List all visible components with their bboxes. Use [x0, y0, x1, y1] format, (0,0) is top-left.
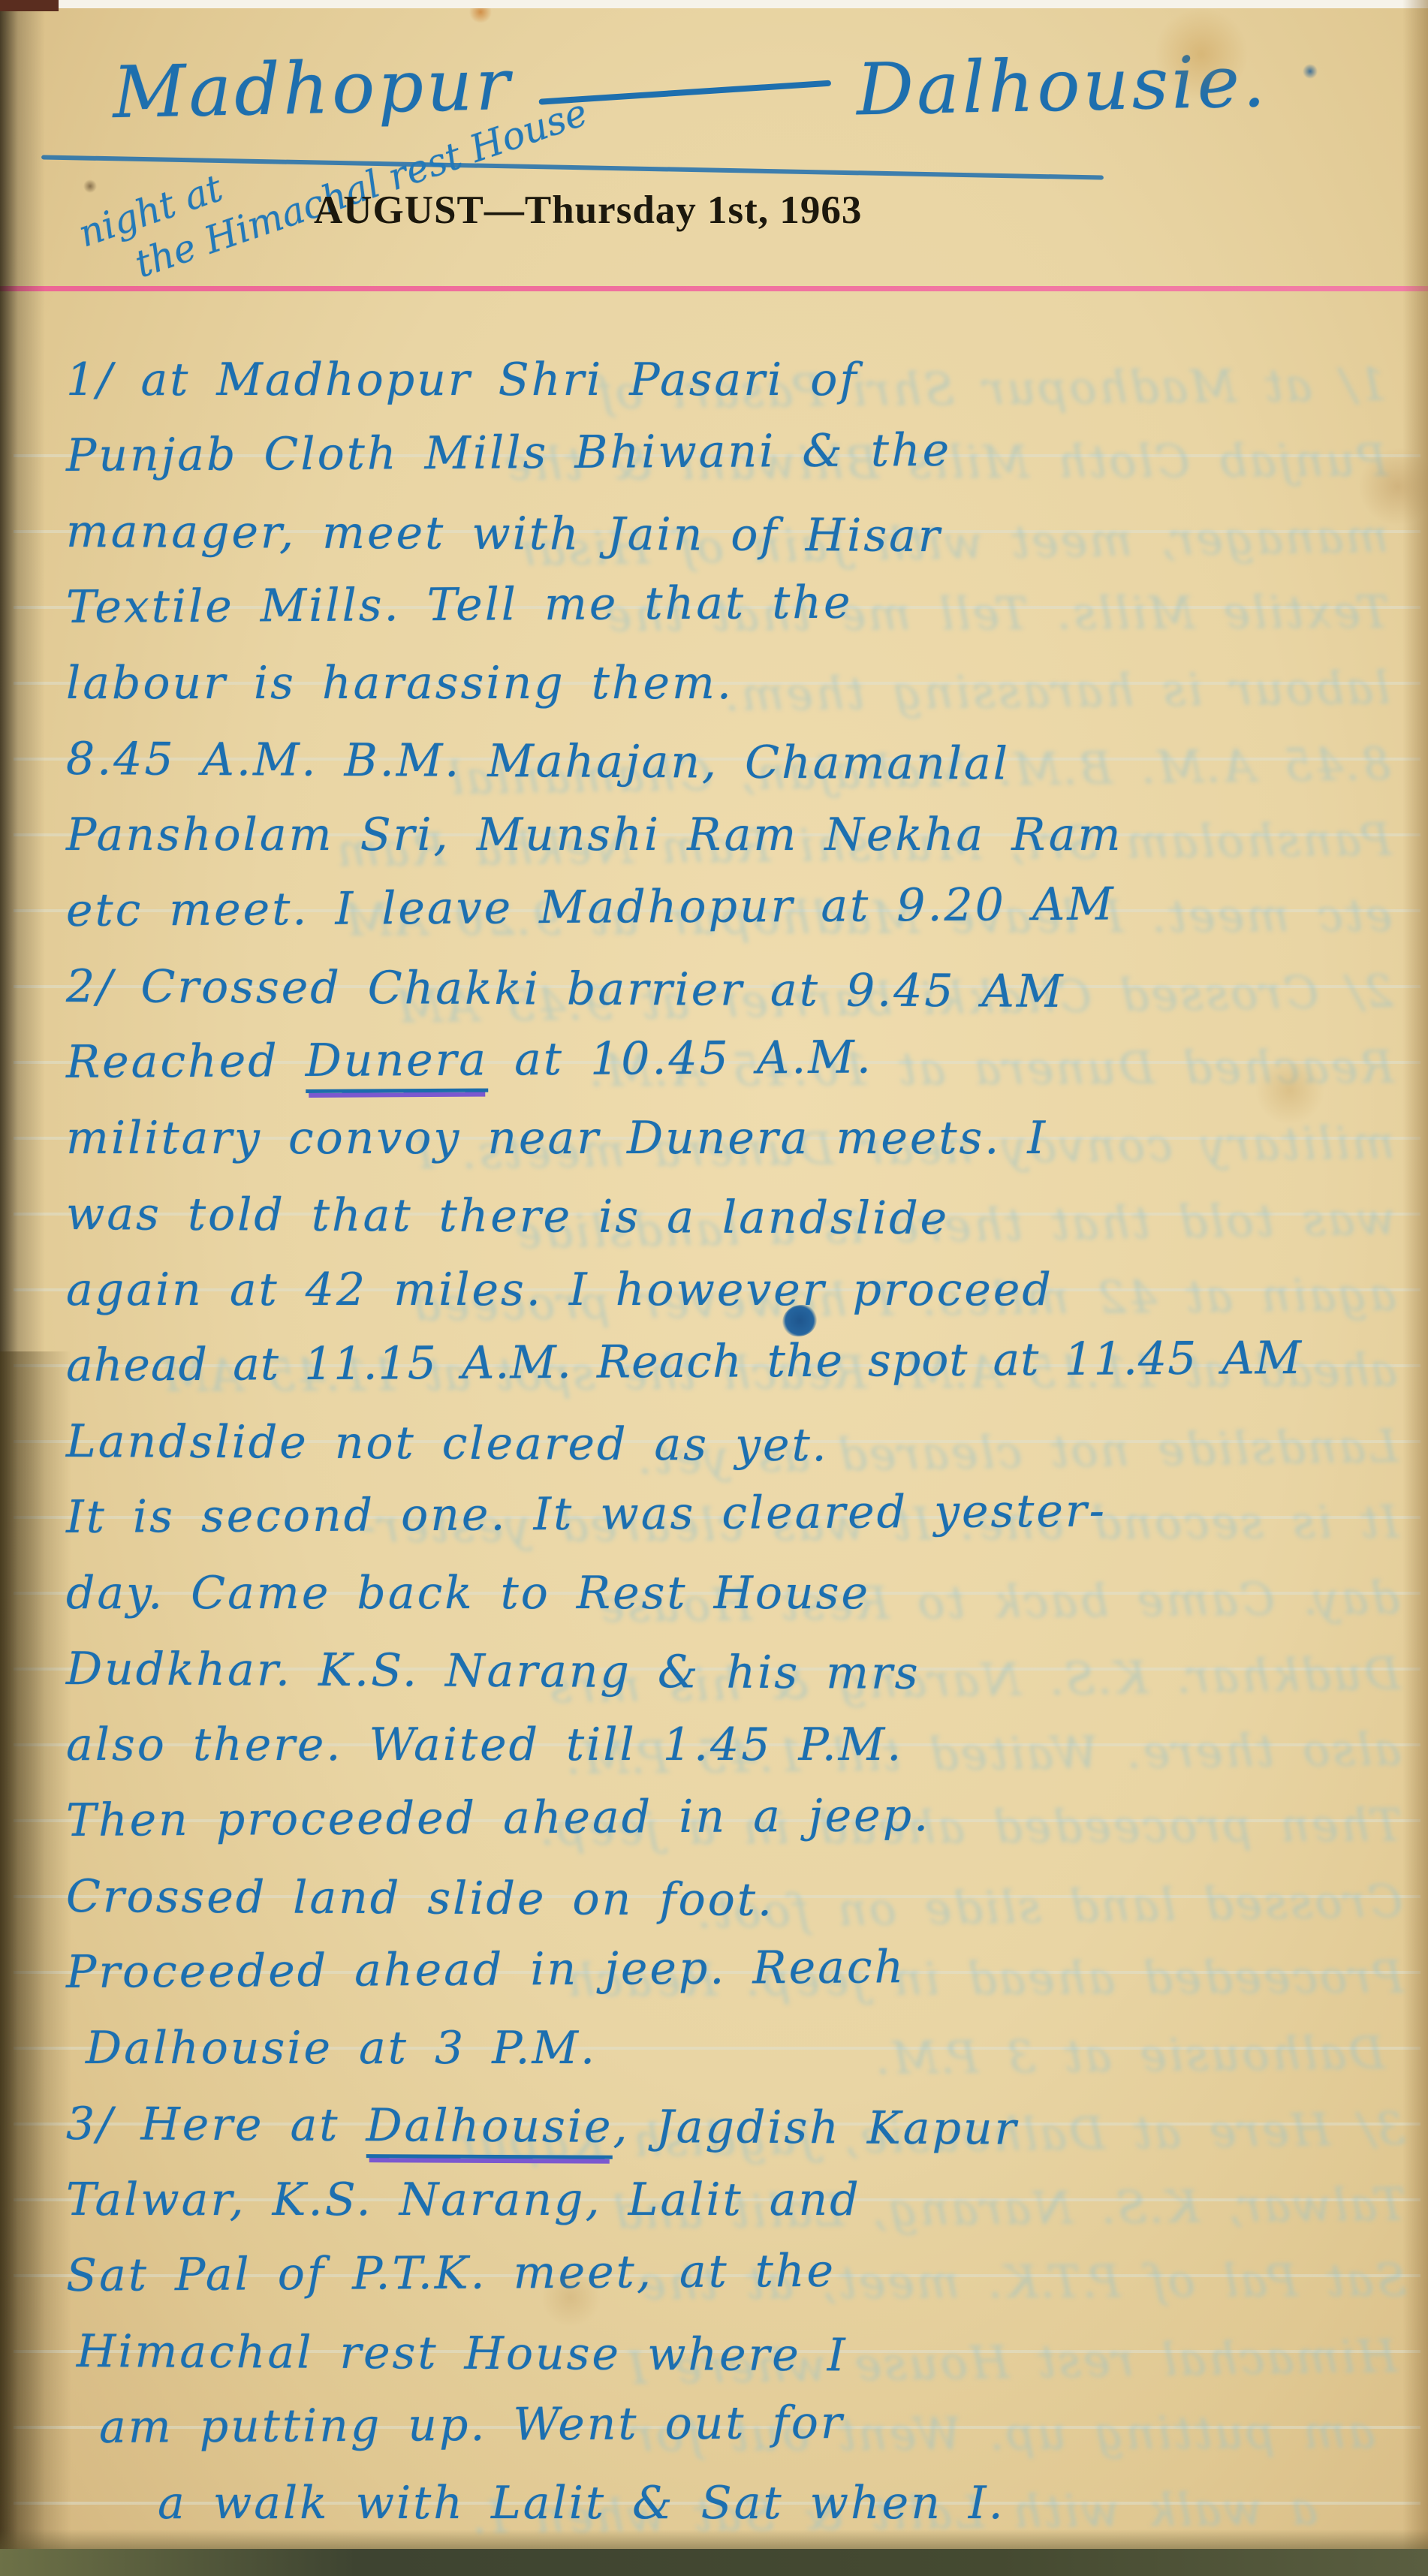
binding-crease	[0, 1351, 71, 2553]
diary-line: Dudkhar. K.S. Narang & his mrs	[66, 1631, 1411, 1714]
top-left-corner-shadow	[0, 0, 59, 11]
underlined-word: Dunera	[305, 1034, 488, 1093]
page-right-edge	[1402, 0, 1428, 2576]
diary-line: Reached Dunera at 10.45 A.M.	[66, 1017, 1411, 1101]
diary-line: Pansholam Sri, Munshi Ram Nekha Ram	[66, 797, 1410, 873]
printed-date-header: AUGUST—Thursday 1st, 1963	[314, 188, 862, 233]
diary-line: again at 42 miles. I however proceed	[66, 1252, 1410, 1328]
diary-line: Talwar, K.S. Narang, Lalit and	[66, 2162, 1410, 2238]
diary-line: Then proceeded ahead in a jeep.	[66, 1775, 1411, 1859]
diary-line: Sat Pal of P.T.K. meet, at the	[66, 2230, 1411, 2314]
diary-line: labour is harassing them.	[66, 646, 1410, 722]
diary-line: ahead at 11.15 A.M. Reach the spot at 11…	[66, 1320, 1411, 1404]
title-destination: Dalhousie.	[856, 41, 1269, 131]
page-bottom-shade	[0, 2529, 1428, 2549]
diary-line: am putting up. Went out for	[99, 2382, 1411, 2466]
diary-line: 3/ Here at Dalhousie, Jagdish Kapur	[66, 2086, 1411, 2169]
page-top-edge	[0, 0, 1428, 8]
diary-line: 8.45 A.M. B.M. Mahajan, Chamanlal	[66, 722, 1411, 804]
diary-line: It is second one. It was cleared yester-	[66, 1472, 1411, 1556]
diary-line: military convoy near Dunera meets. I	[66, 1101, 1410, 1177]
pink-rule	[0, 286, 1428, 291]
diary-line: also there. Waited till 1.45 P.M.	[66, 1707, 1410, 1783]
underlined-word: Dalhousie	[366, 2099, 613, 2159]
diary-line: day. Came back to Rest House	[66, 1556, 1410, 1631]
diary-line: was told that there is a landslide	[66, 1177, 1411, 1259]
diary-page: 1/ at Madhopur Shri Pasari ofPunjab Clot…	[0, 0, 1428, 2576]
diary-line: 1/ at Madhopur Shri Pasari of	[66, 342, 1410, 418]
diary-title: Madhopur Dalhousie.	[112, 15, 1270, 147]
diary-line: Textile Mills. Tell me that the	[66, 562, 1411, 646]
diary-line: Proceeded ahead in jeep. Reach	[66, 1927, 1411, 2011]
diary-lines: 1/ at Madhopur Shri Pasari ofPunjab Clot…	[66, 342, 1410, 2541]
diary-line: Dalhousie at 3 P.M.	[86, 2011, 1410, 2086]
book-cover-edge	[0, 2549, 1428, 2576]
diary-line: etc meet. I leave Madhopur at 9.20 AM	[66, 865, 1411, 949]
diary-line: Punjab Cloth Mills Bhiwani & the	[66, 410, 1411, 494]
